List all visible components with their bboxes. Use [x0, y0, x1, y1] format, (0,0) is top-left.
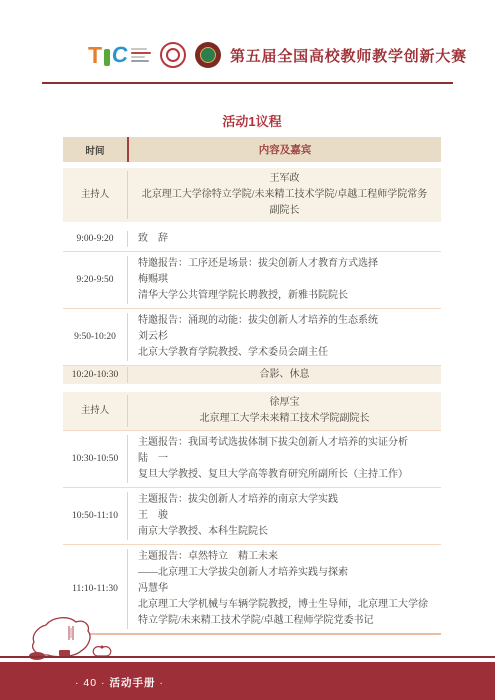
competition-title: 第五届全国高校教师教学创新大赛 — [230, 45, 467, 66]
time-cell: 10:50-11:10 — [63, 492, 127, 540]
footer-page-label: · 40 · 活动手册 · — [75, 675, 164, 690]
content-line: 复旦大学教授、复旦大学高等教育研究所副所长（主持工作） — [138, 467, 433, 483]
content-line: 主题报告：我国考试选拔体制下拔尖创新人才培养的实证分析 — [138, 435, 433, 451]
agenda-table-header: 时间 内容及嘉宾 — [63, 137, 441, 162]
break-row: 10:20-10:30合影、休息 — [63, 366, 441, 384]
agenda-table-body: 主持人王军政北京理工大学徐特立学院/未来精工技术学院/卓越工程师学院常务副院长9… — [63, 168, 441, 633]
content-line: 徐厚宝 — [138, 395, 431, 411]
content-cell: 致 辞 — [127, 231, 441, 247]
footer-rule — [0, 656, 495, 658]
content-cell: 合影、休息 — [127, 367, 441, 383]
content-line: 王军政 — [138, 171, 431, 187]
header-rule — [42, 82, 453, 84]
content-line: 北京理工大学未来精工技术学院副院长 — [138, 411, 431, 427]
competition-seal-icon — [160, 42, 186, 68]
host-row: 主持人徐厚宝北京理工大学未来精工技术学院副院长 — [63, 392, 441, 431]
content-cell: 王军政北京理工大学徐特立学院/未来精工技术学院/卓越工程师学院常务副院长 — [127, 171, 441, 219]
agenda-title: 活动1议程 — [63, 111, 441, 130]
dot-left: · — [75, 677, 80, 689]
time-cell: 9:50-10:20 — [63, 313, 127, 361]
content-line: 陆 一 — [138, 451, 433, 467]
content-cell: 主题报告：我国考试选拔体制下拔尖创新人才培养的实证分析陆 一复旦大学教授、复旦大… — [127, 435, 441, 483]
session-row: 10:50-11:10主题报告：拔尖创新人才培养的南京大学实践王 骏南京大学教授… — [63, 488, 441, 545]
decorative-stone-icon — [28, 614, 123, 660]
tic-letter-i — [104, 49, 110, 66]
content-line: 北京理工大学徐特立学院/未来精工技术学院/卓越工程师学院常务副院长 — [138, 187, 431, 219]
time-cell: 10:20-10:30 — [63, 367, 127, 383]
content-line: 北京大学教育学院教授、学术委员会副主任 — [138, 345, 433, 361]
tic-contest-logo-icon: T C — [88, 44, 151, 66]
content-line: 冯慧华 — [138, 581, 433, 597]
time-cell: 主持人 — [63, 171, 127, 219]
session-row: 9:00-9:20致 辞 — [63, 227, 441, 252]
agenda-section: 活动1议程 时间 内容及嘉宾 主持人王军政北京理工大学徐特立学院/未来精工技术学… — [63, 111, 441, 635]
host-row: 主持人王军政北京理工大学徐特立学院/未来精工技术学院/卓越工程师学院常务副院长 — [63, 168, 441, 222]
content-line: ——北京理工大学拔尖创新人才培养实践与探索 — [138, 565, 433, 581]
agenda-table: 时间 内容及嘉宾 主持人王军政北京理工大学徐特立学院/未来精工技术学院/卓越工程… — [63, 137, 441, 635]
page-header: T C 第五届全国高校教师教学创新大赛 — [88, 42, 467, 68]
content-line: 特邀报告：工序还是场景：拔尖创新人才教育方式选择 — [138, 256, 433, 272]
session-row: 9:50-10:20特邀报告：涌现的动能：拔尖创新人才培养的生态系统刘云杉北京大… — [63, 309, 441, 366]
tic-letter-c: C — [111, 44, 129, 66]
time-column-header: 时间 — [63, 137, 127, 162]
content-line: 合影、休息 — [138, 367, 431, 383]
session-row: 10:30-10:50主题报告：我国考试选拔体制下拔尖创新人才培养的实证分析陆 … — [63, 431, 441, 488]
content-line: 王 骏 — [138, 508, 433, 524]
content-line: 梅赐琪 — [138, 272, 433, 288]
content-line: 南京大学教授、本科生院院长 — [138, 524, 433, 540]
content-line: 特邀报告：涌现的动能：拔尖创新人才培养的生态系统 — [138, 313, 433, 329]
university-seal-icon — [195, 42, 221, 68]
content-cell: 特邀报告：涌现的动能：拔尖创新人才培养的生态系统刘云杉北京大学教育学院教授、学术… — [127, 313, 441, 361]
content-line: 主题报告：拔尖创新人才培养的南京大学实践 — [138, 492, 433, 508]
booklet-name: 活动手册 — [109, 677, 155, 689]
content-cell: 特邀报告：工序还是场景：拔尖创新人才教育方式选择梅赐琪清华大学公共管理学院长聘教… — [127, 256, 441, 304]
content-line: 清华大学公共管理学院长聘教授，新雅书院院长 — [138, 288, 433, 304]
page-number: 40 — [83, 677, 97, 689]
time-cell: 9:00-9:20 — [63, 231, 127, 247]
content-column-header: 内容及嘉宾 — [127, 137, 441, 162]
time-cell: 10:30-10:50 — [63, 435, 127, 483]
content-line: 刘云杉 — [138, 329, 433, 345]
content-line: 主题报告：卓然特立 精工未来 — [138, 549, 433, 565]
content-cell: 主题报告：拔尖创新人才培养的南京大学实践王 骏南京大学教授、本科生院院长 — [127, 492, 441, 540]
dot-mid: · — [101, 677, 106, 689]
tic-caption-marks — [131, 48, 151, 62]
tic-letters: T C — [88, 44, 128, 66]
content-line: 致 辞 — [138, 231, 433, 247]
time-cell: 9:20-9:50 — [63, 256, 127, 304]
handbook-page: T C 第五届全国高校教师教学创新大赛 活动1议程 时间 内容及嘉宾 主持人王军… — [0, 0, 495, 700]
content-cell: 主题报告：卓然特立 精工未来——北京理工大学拔尖创新人才培养实践与探索冯慧华北京… — [127, 549, 441, 629]
session-row: 9:20-9:50特邀报告：工序还是场景：拔尖创新人才教育方式选择梅赐琪清华大学… — [63, 252, 441, 309]
content-cell: 徐厚宝北京理工大学未来精工技术学院副院长 — [127, 395, 441, 427]
content-line: 北京理工大学机械与车辆学院教授，博士生导师，北京理工大学徐特立学院/未来精工技术… — [138, 597, 433, 629]
dot-right: · — [159, 677, 164, 689]
time-cell: 主持人 — [63, 395, 127, 427]
tic-letter-t: T — [88, 44, 102, 66]
